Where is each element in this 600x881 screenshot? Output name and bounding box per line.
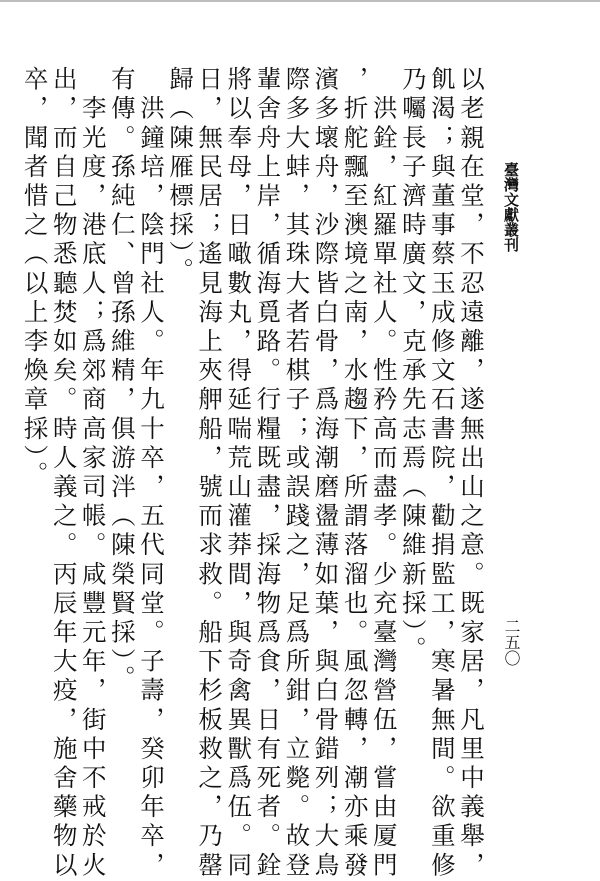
text-column: 將以奉母，日噉數丸，得延喘荒山灌莽間，與奇禽異獸爲伍。同伴尙五、六人，行十餘: [224, 66, 253, 856]
top-border-line: [0, 0, 600, 2]
text-column: ，折舵飄至澳境之南，水趨下，所謂落溜也。風忽轉，潮亦乘發，隨風潮吹至一港。海: [341, 66, 370, 856]
text-column: 歸（陳雁標採）。: [166, 66, 195, 856]
text-column: 飢渴；與董事蔡玉成修文石書院，勸捐監工，寒暑無間。欲重修城隍廟而未果；病革，: [428, 66, 457, 856]
text-column: 輩舍舟上岸，循海覓路。行糧既盡，採海物爲食，日有死者。銓在厦時製有丸藥，携歸: [253, 66, 282, 856]
text-column: 以老親在堂，不忍遠離，遂無出山之意。既家居，凡里中義舉，知無不爲。生平好學如: [457, 66, 486, 856]
text-column: 有傳。孫純仁、曾孫維精，俱游泮（陳榮賢採）。: [108, 66, 137, 856]
text-column: 乃囑長子濟時廣文，克承先志焉（陳維新採）。: [399, 66, 428, 856]
text-column: 出，而自己物悉聽焚如矣。時人義之。丙辰年大疫，施舍藥物以周鄉里。年但三十八而: [50, 66, 79, 856]
page-number: 二五〇: [500, 618, 522, 666]
text-column: 卒，聞者惜之（以上李煥章採）。: [21, 66, 50, 856]
text-column: 際多大蚌，其珠大者若棋子；或誤踐之，足爲所鉗，立斃。故登岸者必謹防之。銓與同: [282, 66, 311, 856]
main-text-body: 以老親在堂，不忍遠離，遂無出山之意。既家居，凡里中義舉，知無不爲。生平好學如 飢…: [21, 66, 487, 856]
text-column: 洪銓，紅羅單社人。性矜高而盡孝。少充臺灣營伍，嘗由厦門配船東渡，中流遭風: [370, 66, 399, 856]
text-column: 洪鐘培，陰門社人。年九十卒，五代同堂。子壽，癸卯年卒，九十四。壽子文衡自: [137, 66, 166, 856]
text-column: 日，無民居；遙見海上夾舺船，號而求救。船下杉板救之，乃罄所有歸於夾板，得載以: [195, 66, 224, 856]
text-column: 李光度，港底人；爲郊商高家司帳。咸豐元年，街中不戒於火，度急收帳簿，躍身: [79, 66, 108, 856]
text-column: 濱多壞舟，沙際皆白骨，爲海潮磨盪薄如葉，與白骨錯列；大鳥狀奇異，見人不飛。沙: [311, 66, 340, 856]
running-header: 臺灣文獻叢刊: [500, 162, 522, 252]
